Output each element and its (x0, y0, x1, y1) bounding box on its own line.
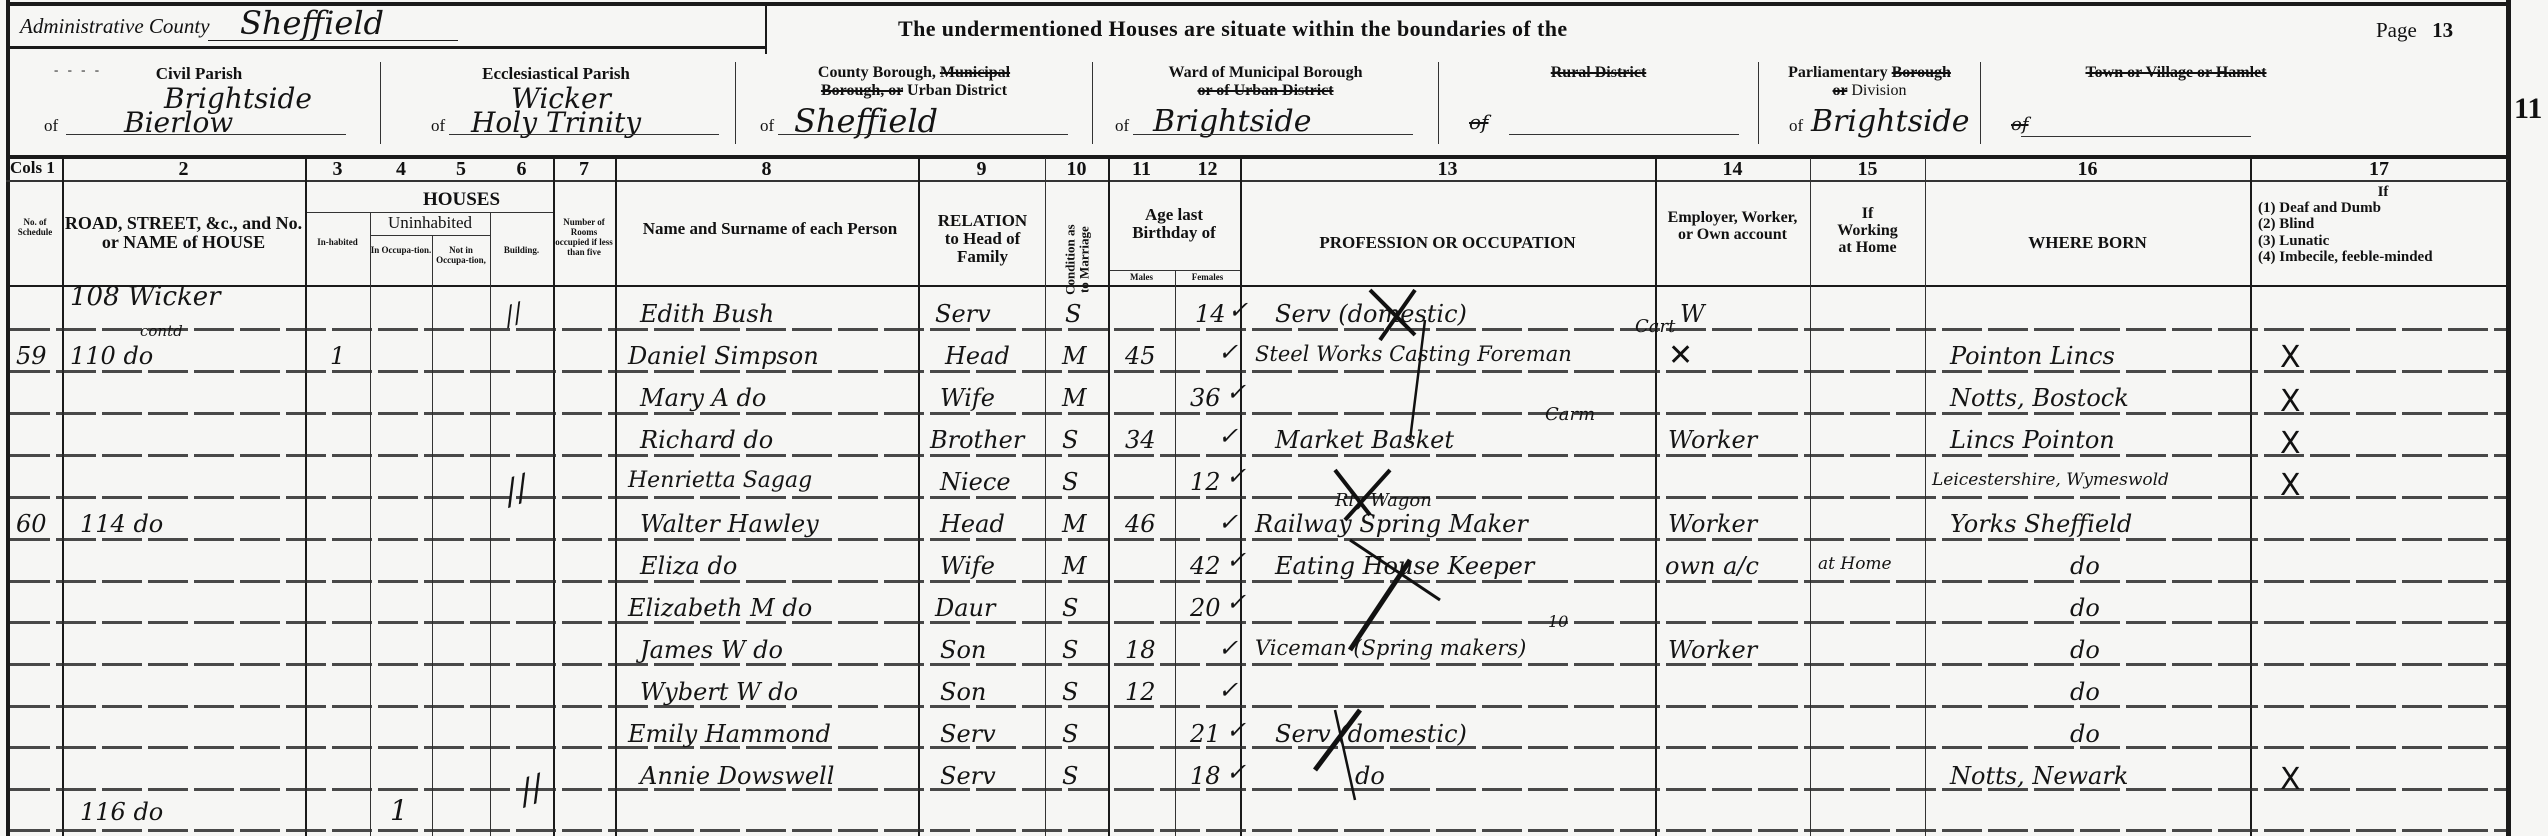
cross-mark-icon: X (2280, 426, 2301, 461)
of-label: of (44, 116, 58, 136)
condition-cell: S (1062, 594, 1078, 622)
relation-cell: Son (940, 636, 986, 664)
where-born-cell: Notts, Bostock (1950, 384, 2129, 412)
underline (449, 134, 719, 135)
relation-cell: Serv (940, 720, 996, 748)
admin-county-box-bottom (6, 46, 766, 49)
name-header: Name and Surname of each Person (640, 220, 900, 238)
employer-cell: Worker (1668, 636, 1757, 664)
underline (1509, 134, 1739, 135)
of-label: of (760, 116, 774, 136)
where-born-cell: do (2070, 636, 2100, 664)
name-cell: James W do (640, 636, 783, 664)
relation-cell: Serv (940, 762, 996, 790)
tick-mark-icon: ✓ (1218, 676, 1238, 704)
admin-county-label: Administrative County (20, 14, 210, 39)
occupation-header: PROFESSION OR OCCUPATION (1240, 234, 1655, 252)
of-label: of (2011, 114, 2029, 135)
age-rule (1108, 270, 1240, 271)
col-num-3: 3 (305, 158, 370, 181)
tick-mark-icon: ✓ (1218, 634, 1238, 662)
condition-cell: M (1062, 384, 1087, 412)
age-females-header: Females (1175, 273, 1240, 283)
inhabited-cell: 1 (330, 342, 345, 370)
civil-parish-label: Civil Parish (94, 64, 304, 84)
occupation-crossout-strokes (1240, 270, 1655, 836)
name-cell: Eliza do (640, 552, 737, 580)
name-cell: Emily Hammond (628, 720, 831, 748)
col-num-14: 14 (1655, 158, 1810, 181)
age-female-cell: 36 (1190, 384, 1221, 412)
uninhabited-rule (370, 235, 490, 236)
uninhabited-in-occupation-cell: 1 (390, 794, 408, 827)
infirmity-deaf-dumb: (1) Deaf and Dumb (2258, 200, 2508, 216)
name-cell: Walter Hawley (640, 510, 819, 538)
name-cell: Elizabeth M do (628, 594, 812, 622)
area-divider (380, 62, 381, 144)
age-male-cell: 12 (1125, 678, 1156, 706)
where-born-cell: Yorks Sheffield (1950, 510, 2132, 538)
underline (778, 134, 1068, 135)
condition-cell: S (1062, 678, 1078, 706)
road-cell: 108 Wicker (70, 282, 221, 312)
employer-header: Employer, Worker, or Own account (1665, 210, 1800, 244)
col-num-4: 4 (370, 158, 432, 181)
condition-cell: M (1062, 510, 1087, 538)
age-header: Age last Birthday of (1115, 206, 1233, 242)
age-female-cell: 21 (1190, 720, 1221, 748)
relation-cell: Brother (930, 426, 1024, 454)
page-label-text: Page (2376, 18, 2417, 42)
infirmity-if: If (2258, 184, 2508, 200)
name-cell: Annie Dowswell (640, 762, 834, 790)
where-born-cell: Pointon Lincs (1950, 342, 2115, 370)
label-struck: Municipal (940, 64, 1010, 81)
condition-cell: M (1062, 342, 1087, 370)
name-cell: Richard do (640, 426, 773, 454)
tick-mark-icon: ✓ (1218, 422, 1238, 450)
age-male-cell: 34 (1125, 426, 1156, 454)
condition-cell: S (1062, 762, 1078, 790)
cross-mark-icon: X (2280, 468, 2301, 503)
condition-cell: M (1062, 552, 1087, 580)
road-cell: 114 do (80, 510, 163, 538)
label-part: County Borough, (818, 64, 936, 81)
relation-cell: Wife (940, 384, 995, 412)
town-village-label: Town or Village or Hamlet (1981, 64, 2371, 82)
right-border (2506, 0, 2511, 836)
admin-county-value: Sheffield (240, 4, 384, 42)
where-born-cell: Leicestershire, Wymeswold (1932, 470, 2169, 490)
col-num-15: 15 (1810, 158, 1925, 181)
col-num-6: 6 (490, 158, 553, 181)
working-home-cell: at Home (1818, 554, 1892, 574)
label-struck: Borough (1892, 64, 1951, 81)
col-num-16: 16 (1925, 158, 2250, 181)
name-cell: Daniel Simpson (628, 342, 819, 370)
age-male-cell: 46 (1125, 510, 1156, 538)
employer-cell: own a/c (1665, 552, 1759, 580)
label-part: Division (1851, 82, 1906, 99)
infirmity-blind: (2) Blind (2258, 216, 2508, 232)
age-male-cell: 45 (1125, 342, 1156, 370)
where-born-cell: Lincs Pointon (1950, 426, 2115, 454)
inhabited-header: In-habited (305, 238, 370, 248)
condition-cell: S (1062, 426, 1078, 454)
condition-cell: S (1062, 636, 1078, 664)
where-born-cell: Notts, Newark (1950, 762, 2128, 790)
col-num-1: Cols 1 (10, 158, 55, 178)
cross-mark-icon: X (2280, 340, 2301, 375)
col-num-17: 17 (2250, 158, 2508, 181)
county-borough-label: County Borough, Municipal (736, 64, 1092, 82)
tick-mark-icon: ✓ (1218, 508, 1238, 536)
col-num-2: 2 (62, 158, 305, 181)
condition-header: Condition as to Marriage (1063, 223, 1090, 297)
relation-cell: Wife (940, 552, 995, 580)
cross-mark-icon: X (2280, 384, 2301, 419)
age-female-cell: 12 (1190, 468, 1221, 496)
working-home-header: If Working at Home (1830, 206, 1905, 256)
employer-cell: Worker (1668, 426, 1757, 454)
of-label: of (1115, 116, 1129, 136)
name-cell: Mary A do (640, 384, 766, 412)
ecclesiastical-parish-label: Ecclesiastical Parish (391, 64, 721, 84)
infirmity-imbecile: (4) Imbecile, feeble-minded (2258, 249, 2508, 265)
road-cell: 110 do (70, 342, 153, 370)
relation-cell: Head (940, 510, 1005, 538)
relation-cell: Head (945, 342, 1010, 370)
underline (66, 134, 346, 135)
where-born-cell: do (2070, 552, 2100, 580)
employer-cell: Worker (1668, 510, 1757, 538)
road-header: ROAD, STREET, &c., and No. or NAME of HO… (62, 214, 305, 252)
building-header: Building. (490, 246, 553, 256)
of-label: of (1789, 116, 1803, 136)
relation-header: RELATION to Head of Family (935, 212, 1030, 266)
col-num-11: 11 (1108, 158, 1175, 181)
col-num-10: 10 (1045, 158, 1108, 181)
col-num-12: 12 (1175, 158, 1240, 181)
parliamentary-label: Parliamentary Borough (1759, 64, 1980, 82)
where-born-cell: do (2070, 678, 2100, 706)
census-page: Administrative County Sheffield The unde… (0, 0, 2548, 836)
admin-county-underline (208, 40, 458, 41)
road-cell: 116 do (80, 798, 163, 826)
employer-cell: W (1680, 300, 1705, 328)
ward-label: Ward of Municipal Borough (1093, 64, 1438, 82)
not-in-occupation-header: Not in Occupa-tion, (432, 246, 490, 266)
schedule-cell: 59 (16, 342, 47, 370)
label-struck: Borough, or (821, 82, 903, 99)
parliamentary-label-2: or Division (1759, 82, 1980, 100)
relation-cell: Serv (935, 300, 991, 328)
of-label: of (1469, 110, 1488, 134)
where-born-header: WHERE BORN (1925, 234, 2250, 252)
name-cell: Henrietta Sagag (628, 468, 812, 493)
tick-mark-icon: ✓ (1218, 338, 1238, 366)
col-num-8: 8 (615, 158, 918, 181)
parliamentary-value: Brightside (1811, 104, 1970, 139)
name-cell: Wybert W do (640, 678, 798, 706)
road-note-cell: contd (140, 322, 183, 340)
age-males-header: Males (1108, 273, 1175, 283)
page-number: 13 (2432, 18, 2453, 42)
infirmity-header: If (1) Deaf and Dumb (2) Blind (3) Lunat… (2258, 184, 2508, 265)
schedule-cell: 60 (16, 510, 47, 538)
cross-mark-icon: X (2280, 762, 2301, 797)
where-born-cell: do (2070, 720, 2100, 748)
name-cell: Edith Bush (640, 300, 774, 328)
ward-label-struck: or of Urban District (1093, 82, 1438, 100)
condition-cell: S (1062, 720, 1078, 748)
rural-district-label: Rural District (1439, 64, 1758, 82)
age-female-cell: 20 (1190, 594, 1221, 622)
col-num-5: 5 (432, 158, 490, 181)
infirmity-lunatic: (3) Lunatic (2258, 233, 2508, 249)
rooms-header: Number of Rooms occupied if less than fi… (553, 218, 615, 258)
col-num-7: 7 (553, 158, 615, 181)
county-borough-label-2: Borough, or Urban District (736, 82, 1092, 100)
label-part: Urban District (907, 82, 1007, 99)
relation-cell: Son (940, 678, 986, 706)
condition-cell: S (1065, 300, 1081, 328)
where-born-cell: do (2070, 594, 2100, 622)
of-label: of (431, 116, 445, 136)
relation-cell: Daur (935, 594, 995, 622)
relation-cell: Niece (940, 468, 1011, 496)
schedule-header: No. of Schedule (8, 218, 62, 238)
page-header-title: The undermentioned Houses are situate wi… (898, 16, 1568, 42)
cross-mark-icon: ✕ (1668, 338, 1693, 373)
margin-folio-number: 11 (2514, 92, 2542, 126)
underline (1133, 134, 1413, 135)
age-female-cell: 14 (1195, 300, 1226, 328)
underline (2021, 136, 2251, 137)
condition-cell: S (1062, 468, 1078, 496)
age-female-cell: 42 (1190, 552, 1221, 580)
in-occupation-header: In Occupa-tion. (370, 246, 432, 256)
col-num-13: 13 (1240, 158, 1655, 181)
label-part: Parliamentary (1788, 64, 1888, 81)
uninhabited-header: Uninhabited (370, 214, 490, 232)
houses-header: HOUSES (370, 190, 553, 210)
age-male-cell: 18 (1125, 636, 1156, 664)
age-female-cell: 18 (1190, 762, 1221, 790)
col-num-9: 9 (918, 158, 1045, 181)
page-label: Page 13 (2376, 18, 2453, 43)
label-struck: or (1833, 82, 1848, 99)
